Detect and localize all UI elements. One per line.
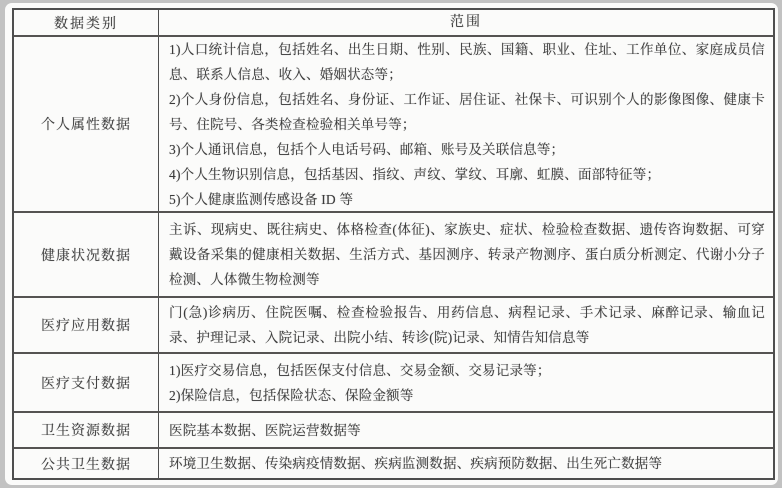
data-category-table: 数据类别 范围 个人属性数据 1)人口统计信息，包括姓名、出生日期、性别、民族、…	[12, 8, 775, 480]
scope-item: 1)医疗交易信息，包括医保支付信息、交易金额、交易记录等；	[169, 358, 765, 383]
scope-item: 4)个人生物识别信息，包括基因、指纹、声纹、掌纹、耳廓、虹膜、面部特征等；	[169, 162, 765, 187]
scope-cell: 医院基本数据、医院运营数据等	[159, 413, 773, 447]
scanned-document-page: { "page": { "background_color": "#c2c2c2…	[0, 0, 782, 488]
scope-cell: 环境卫生数据、传染病疫情数据、疾病监测数据、疾病预防数据、出生死亡数据等	[159, 449, 773, 478]
scope-cell: 主诉、现病史、既往病史、体格检查(体征)、家族史、症状、检验检查数据、遗传咨询数…	[159, 213, 773, 296]
scope-item: 1)人口统计信息，包括姓名、出生日期、性别、民族、国籍、职业、住址、工作单位、家…	[169, 37, 765, 87]
scope-cell: 1)人口统计信息，包括姓名、出生日期、性别、民族、国籍、职业、住址、工作单位、家…	[159, 37, 773, 211]
table-row-public-health: 公共卫生数据 环境卫生数据、传染病疫情数据、疾病监测数据、疾病预防数据、出生死亡…	[14, 447, 773, 478]
scope-cell: 门(急)诊病历、住院医嘱、检查检验报告、用药信息、病程记录、手术记录、麻醉记录、…	[159, 298, 773, 352]
scope-item: 医院基本数据、医院运营数据等	[169, 418, 765, 443]
scope-item: 环境卫生数据、传染病疫情数据、疾病监测数据、疾病预防数据、出生死亡数据等	[169, 451, 765, 476]
table-header-row: 数据类别 范围	[14, 10, 773, 35]
scope-item: 门(急)诊病历、住院医嘱、检查检验报告、用药信息、病程记录、手术记录、麻醉记录、…	[169, 300, 765, 350]
document-paper: 数据类别 范围 个人属性数据 1)人口统计信息，包括姓名、出生日期、性别、民族、…	[5, 3, 778, 485]
header-category: 数据类别	[14, 10, 159, 35]
scope-item: 3)个人通讯信息，包括个人电话号码、邮箱、账号及关联信息等；	[169, 137, 765, 162]
scope-item: 5)个人健康监测传感设备 ID 等	[169, 187, 765, 212]
category-cell: 医疗应用数据	[14, 298, 159, 352]
category-cell: 个人属性数据	[14, 37, 159, 211]
scope-item: 主诉、现病史、既往病史、体格检查(体征)、家族史、症状、检验检查数据、遗传咨询数…	[169, 217, 765, 292]
table-row-health-status: 健康状况数据 主诉、现病史、既往病史、体格检查(体征)、家族史、症状、检验检查数…	[14, 211, 773, 296]
scope-cell: 1)医疗交易信息，包括医保支付信息、交易金额、交易记录等； 2)保险信息，包括保…	[159, 354, 773, 411]
category-cell: 卫生资源数据	[14, 413, 159, 447]
scope-item: 2)个人身份信息，包括姓名、身份证、工作证、居住证、社保卡、可识别个人的影像图像…	[169, 87, 765, 137]
table-row-personal-attribute: 个人属性数据 1)人口统计信息，包括姓名、出生日期、性别、民族、国籍、职业、住址…	[14, 35, 773, 211]
table-row-medical-application: 医疗应用数据 门(急)诊病历、住院医嘱、检查检验报告、用药信息、病程记录、手术记…	[14, 296, 773, 352]
table-row-medical-payment: 医疗支付数据 1)医疗交易信息，包括医保支付信息、交易金额、交易记录等； 2)保…	[14, 352, 773, 411]
category-cell: 公共卫生数据	[14, 449, 159, 478]
header-scope: 范围	[159, 10, 773, 35]
scope-item: 2)保险信息，包括保险状态、保险金额等	[169, 383, 765, 408]
category-cell: 医疗支付数据	[14, 354, 159, 411]
table-row-health-resource: 卫生资源数据 医院基本数据、医院运营数据等	[14, 411, 773, 447]
category-cell: 健康状况数据	[14, 213, 159, 296]
